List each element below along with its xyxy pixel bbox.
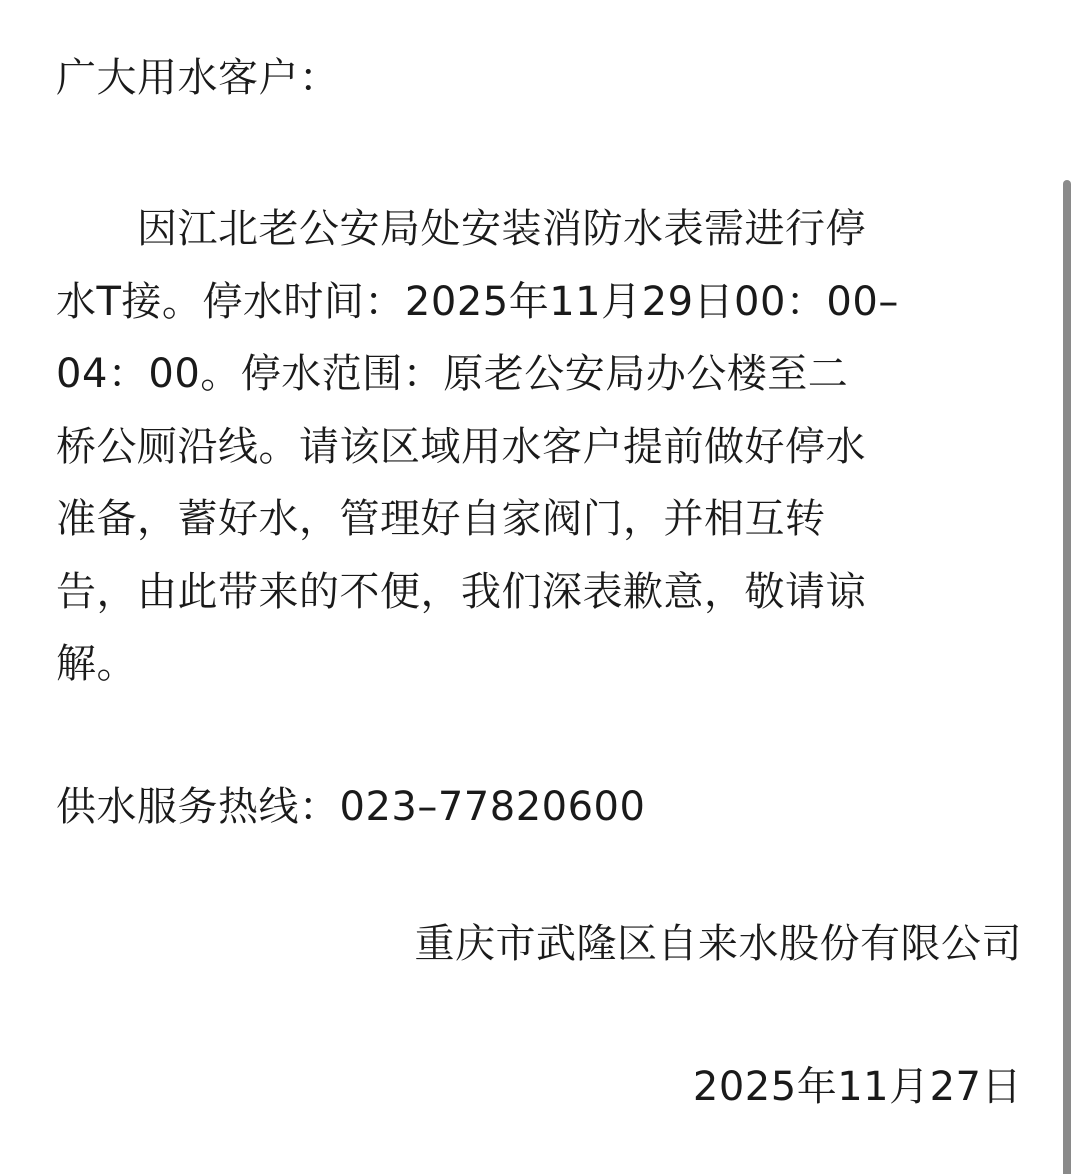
notice-body: 因江北老公安局处安装消防水表需进行停 水T接。停水时间：2025年11月29日0… — [56, 193, 1024, 701]
vertical-scrollbar[interactable] — [1062, 180, 1072, 1174]
body-line: 水T接。停水时间：2025年11月29日00：00– — [56, 266, 1024, 339]
body-line: 解。 — [56, 628, 1024, 701]
body-line: 准备，蓄好水，管理好自家阀门，并相互转 — [56, 483, 1024, 556]
body-line: 告，由此带来的不便，我们深表歉意，敬请谅 — [56, 556, 1024, 629]
scrollbar-thumb[interactable] — [1063, 180, 1071, 1174]
notice-page: 广大用水客户： 因江北老公安局处安装消防水表需进行停 水T接。停水时间：2025… — [0, 0, 1080, 1174]
body-line: 桥公厕沿线。请该区域用水客户提前做好停水 — [56, 411, 1024, 484]
signature-company: 重庆市武隆区自来水股份有限公司 — [415, 920, 1023, 968]
salutation: 广大用水客户： — [56, 54, 340, 102]
signature-date: 2025年11月27日 — [693, 1063, 1022, 1111]
body-line: 因江北老公安局处安装消防水表需进行停 — [56, 193, 1024, 266]
body-line: 04：00。停水范围：原老公安局办公楼至二 — [56, 338, 1024, 411]
service-hotline: 供水服务热线：023–77820600 — [56, 783, 645, 831]
